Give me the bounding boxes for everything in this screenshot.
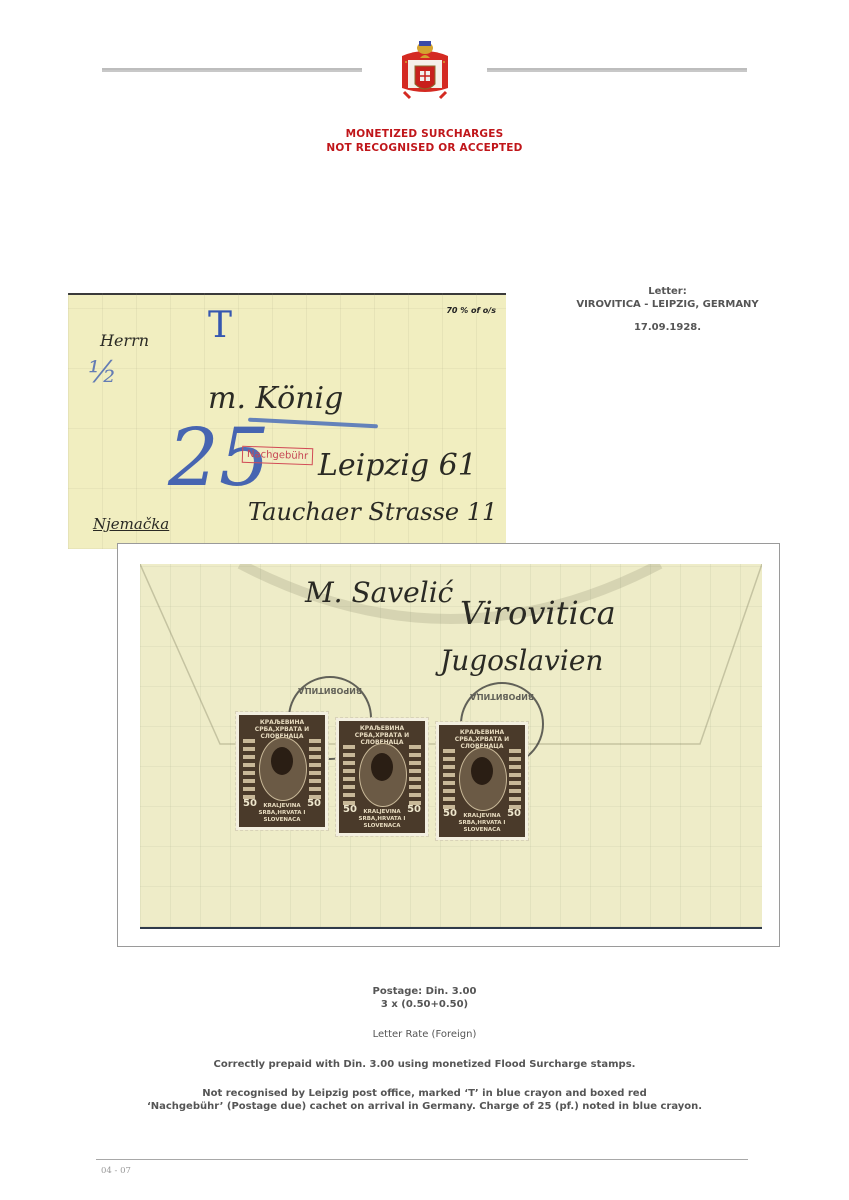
prepaid-note: Correctly prepaid with Din. 3.00 using m… xyxy=(0,1058,849,1071)
king-portrait-icon xyxy=(371,753,393,781)
stamp-bottom-text: KRALJEVINA SRBA,HRVATA I SLOVENACA xyxy=(341,809,423,830)
cover-date: 17.09.1928. xyxy=(540,321,795,334)
page-title-line2: NOT RECOGNISED OR ACCEPTED xyxy=(0,141,849,155)
header-rule-left xyxy=(102,68,362,72)
king-portrait-icon xyxy=(271,747,293,775)
address-country: Njemačka xyxy=(93,515,169,533)
stamp: КРАЉЕВИНА СРБА,ХРВАТА И СЛОВЕНАЦА 50 50 … xyxy=(336,718,428,836)
stamp-bottom-text: KRALJEVINA SRBA,HRVATA I SLOVENACA xyxy=(441,813,523,834)
stamp-ornament xyxy=(343,743,355,805)
postmark-text: ВИРОВИТИЦА xyxy=(462,692,542,701)
envelope-back-frame: M. Savelić Virovitica Jugoslavien ВИРОВИ… xyxy=(117,543,780,947)
stamp-ornament xyxy=(443,747,455,809)
rejection-note-line2: ‘Nachgebühr’ (Postage due) cachet on arr… xyxy=(0,1100,849,1113)
address-salutation: Herrn xyxy=(100,331,149,350)
nachgebuhr-cachet: Nachgebühr xyxy=(242,446,314,465)
stamp-ornament xyxy=(509,747,521,809)
sender-town: Virovitica xyxy=(460,594,616,632)
stamp-bottom-text: KRALJEVINA SRBA,HRVATA I SLOVENACA xyxy=(241,803,323,824)
envelope-front-image: 70 % of o/s T Herrn ½ m. König 25 Nachge… xyxy=(68,293,506,549)
stamp-ornament xyxy=(409,743,421,805)
coat-of-arms-icon xyxy=(398,38,452,102)
cover-route: VIROVITICA - LEIPZIG, GERMANY xyxy=(540,298,795,311)
sender-name: M. Savelić xyxy=(305,576,453,609)
tax-mark-t: T xyxy=(208,305,232,346)
page-title-line1: MONETIZED SURCHARGES xyxy=(0,127,849,141)
rejection-note-line1: Not recognised by Leipzig post office, m… xyxy=(0,1087,849,1100)
stamp: КРАЉЕВИНА СРБА,ХРВАТА И СЛОВЕНАЦА 50 50 … xyxy=(436,722,528,840)
postage-amount: Postage: Din. 3.00 xyxy=(0,985,849,998)
sender-country: Jugoslavien xyxy=(440,644,603,677)
stamp-ornament xyxy=(309,737,321,799)
stamp-strip: КРАЉЕВИНА СРБА,ХРВАТА И СЛОВЕНАЦА 50 50 … xyxy=(236,712,528,840)
crayon-fraction: ½ xyxy=(88,355,117,390)
address-city: Leipzig 61 xyxy=(318,448,477,483)
address-street: Tauchaer Strasse 11 xyxy=(248,498,497,526)
postage-calculation: 3 x (0.50+0.50) xyxy=(0,998,849,1011)
king-portrait-icon xyxy=(471,757,493,785)
page-number: 04 - 07 xyxy=(101,1166,131,1176)
scale-note: 70 % of o/s xyxy=(446,306,496,315)
envelope-back-image: M. Savelić Virovitica Jugoslavien ВИРОВИ… xyxy=(140,564,762,929)
stamp: КРАЉЕВИНА СРБА,ХРВАТА И СЛОВЕНАЦА 50 50 … xyxy=(236,712,328,830)
footer-rule xyxy=(96,1159,748,1160)
header-rule-right xyxy=(487,68,747,72)
stamp-ornament xyxy=(243,737,255,799)
postmark-text: ВИРОВИТИЦА xyxy=(290,686,370,695)
postage-rate: Letter Rate (Foreign) xyxy=(0,1028,849,1041)
cover-type: Letter: xyxy=(540,285,795,298)
